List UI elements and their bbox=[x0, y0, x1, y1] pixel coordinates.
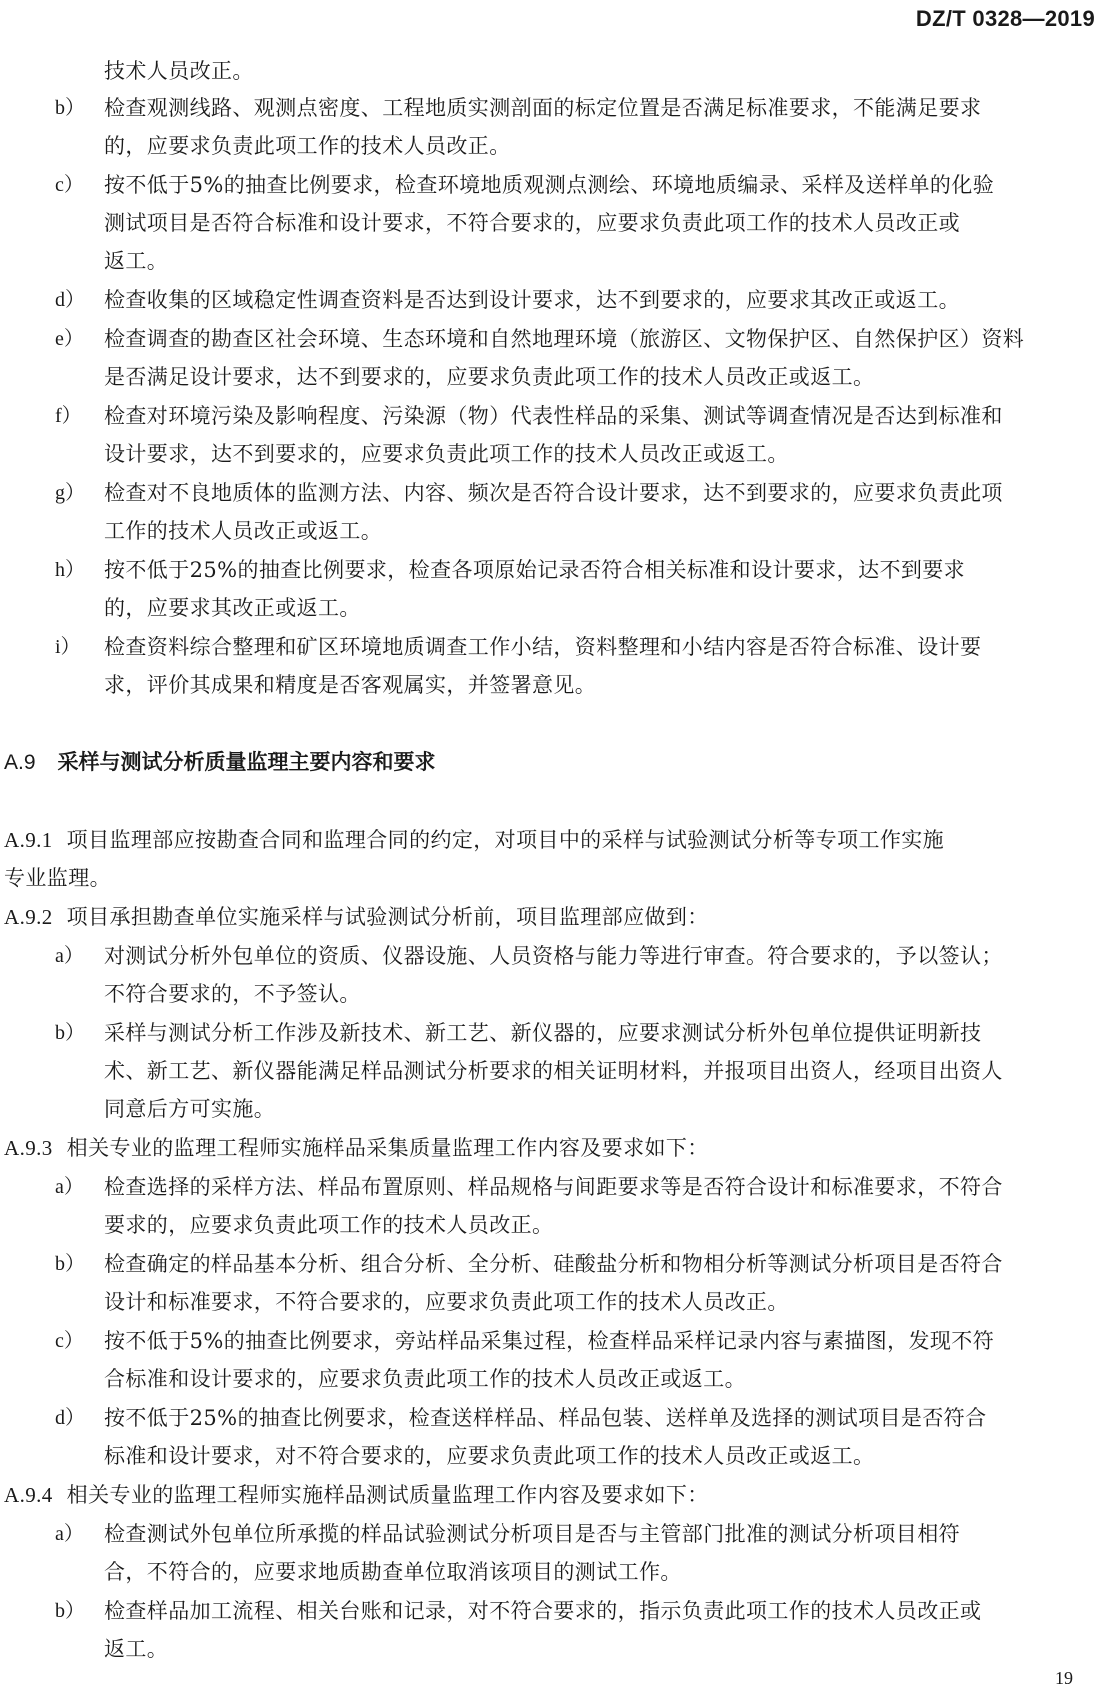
list-marker: b） bbox=[55, 93, 85, 123]
list-item-line: 按不低于5%的抽查比例要求，旁站样品采集过程，检查样品采样记录内容与素描图，发现… bbox=[104, 1326, 994, 1356]
clause-number: A.9.4 bbox=[4, 1483, 53, 1507]
list-marker: i） bbox=[55, 632, 81, 662]
list-item-line: 检查调查的勘查区社会环境、生态环境和自然地理环境（旅游区、文物保护区、自然保护区… bbox=[104, 324, 1024, 354]
list-item-line: 检查资料综合整理和矿区环境地质调查工作小结，资料整理和小结内容是否符合标准、设计… bbox=[104, 632, 981, 662]
list-marker: b） bbox=[55, 1018, 85, 1048]
clause-number: A.9.3 bbox=[4, 1136, 53, 1160]
list-item-line: 检查测试外包单位所承揽的样品试验测试分析项目是否与主管部门批准的测试分析项目相符 bbox=[104, 1519, 960, 1549]
clause-text: 相关专业的监理工程师实施样品采集质量监理工作内容及要求如下： bbox=[67, 1136, 709, 1160]
list-marker: c） bbox=[55, 1326, 84, 1356]
list-item-line: 的，应要求其改正或返工。 bbox=[104, 593, 361, 623]
list-item-line: 合，不符合的，应要求地质勘查单位取消该项目的测试工作。 bbox=[104, 1557, 682, 1587]
list-item-line: 检查观测线路、观测点密度、工程地质实测剖面的标定位置是否满足标准要求，不能满足要… bbox=[104, 93, 981, 123]
list-marker: f） bbox=[55, 401, 82, 431]
clause-line: A.9.2项目承担勘查单位实施采样与试验测试分析前，项目监理部应做到： bbox=[4, 902, 709, 932]
list-item-line: 术、新工艺、新仪器能满足样品测试分析要求的相关证明材料，并报项目出资人，经项目出… bbox=[104, 1056, 1003, 1086]
standard-code-header: DZ/T 0328—2019 bbox=[916, 6, 1095, 32]
list-item-line: 求，评价其成果和精度是否客观属实，并签署意见。 bbox=[104, 670, 596, 700]
list-item-line: 是否满足设计要求，达不到要求的，应要求负责此项工作的技术人员改正或返工。 bbox=[104, 362, 874, 392]
list-item-line: 检查样品加工流程、相关台账和记录，对不符合要求的，指示负责此项工作的技术人员改正… bbox=[104, 1596, 981, 1626]
list-marker: a） bbox=[55, 1172, 84, 1202]
list-item-line: 工作的技术人员改正或返工。 bbox=[104, 516, 382, 546]
section-number: A.9 bbox=[4, 751, 36, 774]
list-marker: g） bbox=[55, 478, 85, 508]
clause-number: A.9.1 bbox=[4, 828, 53, 852]
list-marker: d） bbox=[55, 1403, 85, 1433]
list-item-line: 设计和标准要求，不符合要求的，应要求负责此项工作的技术人员改正。 bbox=[104, 1287, 789, 1317]
list-item-line: 同意后方可实施。 bbox=[104, 1094, 275, 1124]
list-item-line: 要求的，应要求负责此项工作的技术人员改正。 bbox=[104, 1210, 553, 1240]
list-item-line: 返工。 bbox=[104, 246, 168, 276]
list-item-line: 标准和设计要求，对不符合要求的，应要求负责此项工作的技术人员改正或返工。 bbox=[104, 1441, 874, 1471]
list-item-line: 检查对环境污染及影响程度、污染源（物）代表性样品的采集、测试等调查情况是否达到标… bbox=[104, 401, 1003, 431]
list-item-line: 检查确定的样品基本分析、组合分析、全分析、硅酸盐分析和物相分析等测试分析项目是否… bbox=[104, 1249, 1003, 1279]
clause-text: 项目承担勘查单位实施采样与试验测试分析前，项目监理部应做到： bbox=[67, 905, 709, 929]
clause-text: 项目监理部应按勘查合同和监理合同的约定，对项目中的采样与试验测试分析等专项工作实… bbox=[67, 828, 944, 852]
section-title: 采样与测试分析质量监理主要内容和要求 bbox=[58, 750, 436, 774]
list-item-line: 返工。 bbox=[104, 1634, 168, 1664]
continuation-text: 技术人员改正。 bbox=[104, 56, 254, 86]
list-marker: c） bbox=[55, 170, 84, 200]
list-item-line: 按不低于5%的抽查比例要求，检查环境地质观测点测绘、环境地质编录、采样及送样单的… bbox=[104, 170, 994, 200]
clause-number: A.9.2 bbox=[4, 905, 53, 929]
list-marker: d） bbox=[55, 285, 85, 315]
list-marker: a） bbox=[55, 1519, 84, 1549]
list-item-line: 采样与测试分析工作涉及新技术、新工艺、新仪器的，应要求测试分析外包单位提供证明新… bbox=[104, 1018, 981, 1048]
list-item-line: 按不低于25%的抽查比例要求，检查送样样品、样品包装、送样单及选择的测试项目是否… bbox=[104, 1403, 986, 1433]
list-marker: a） bbox=[55, 941, 84, 971]
clause-line: A.9.1项目监理部应按勘查合同和监理合同的约定，对项目中的采样与试验测试分析等… bbox=[4, 825, 944, 855]
list-item-line: 对测试分析外包单位的资质、仪器设施、人员资格与能力等进行审查。符合要求的，予以签… bbox=[104, 941, 1003, 971]
list-item-line: 测试项目是否符合标准和设计要求，不符合要求的，应要求负责此项工作的技术人员改正或 bbox=[104, 208, 960, 238]
list-item-line: 检查收集的区域稳定性调查资料是否达到设计要求，达不到要求的，应要求其改正或返工。 bbox=[104, 285, 960, 315]
section-heading-a9: A.9采样与测试分析质量监理主要内容和要求 bbox=[4, 747, 436, 778]
list-item-line: 设计要求，达不到要求的，应要求负责此项工作的技术人员改正或返工。 bbox=[104, 439, 789, 469]
list-item-line: 检查选择的采样方法、样品布置原则、样品规格与间距要求等是否符合设计和标准要求，不… bbox=[104, 1172, 1003, 1202]
clause-text: 相关专业的监理工程师实施样品测试质量监理工作内容及要求如下： bbox=[67, 1483, 709, 1507]
page-number: 19 bbox=[1055, 1668, 1073, 1689]
clause-line: A.9.4相关专业的监理工程师实施样品测试质量监理工作内容及要求如下： bbox=[4, 1480, 709, 1510]
list-item-line: 按不低于25%的抽查比例要求，检查各项原始记录否符合相关标准和设计要求，达不到要… bbox=[104, 555, 965, 585]
list-item-line: 的，应要求负责此项工作的技术人员改正。 bbox=[104, 131, 511, 161]
list-item-line: 合标准和设计要求的，应要求负责此项工作的技术人员改正或返工。 bbox=[104, 1364, 746, 1394]
clause-line: 专业监理。 bbox=[4, 863, 111, 893]
list-item-line: 检查对不良地质体的监测方法、内容、频次是否符合设计要求，达不到要求的，应要求负责… bbox=[104, 478, 1003, 508]
list-marker: b） bbox=[55, 1249, 85, 1279]
clause-line: A.9.3相关专业的监理工程师实施样品采集质量监理工作内容及要求如下： bbox=[4, 1133, 709, 1163]
list-marker: e） bbox=[55, 324, 84, 354]
list-marker: b） bbox=[55, 1596, 85, 1626]
list-item-line: 不符合要求的，不予签认。 bbox=[104, 979, 361, 1009]
list-marker: h） bbox=[55, 555, 85, 585]
